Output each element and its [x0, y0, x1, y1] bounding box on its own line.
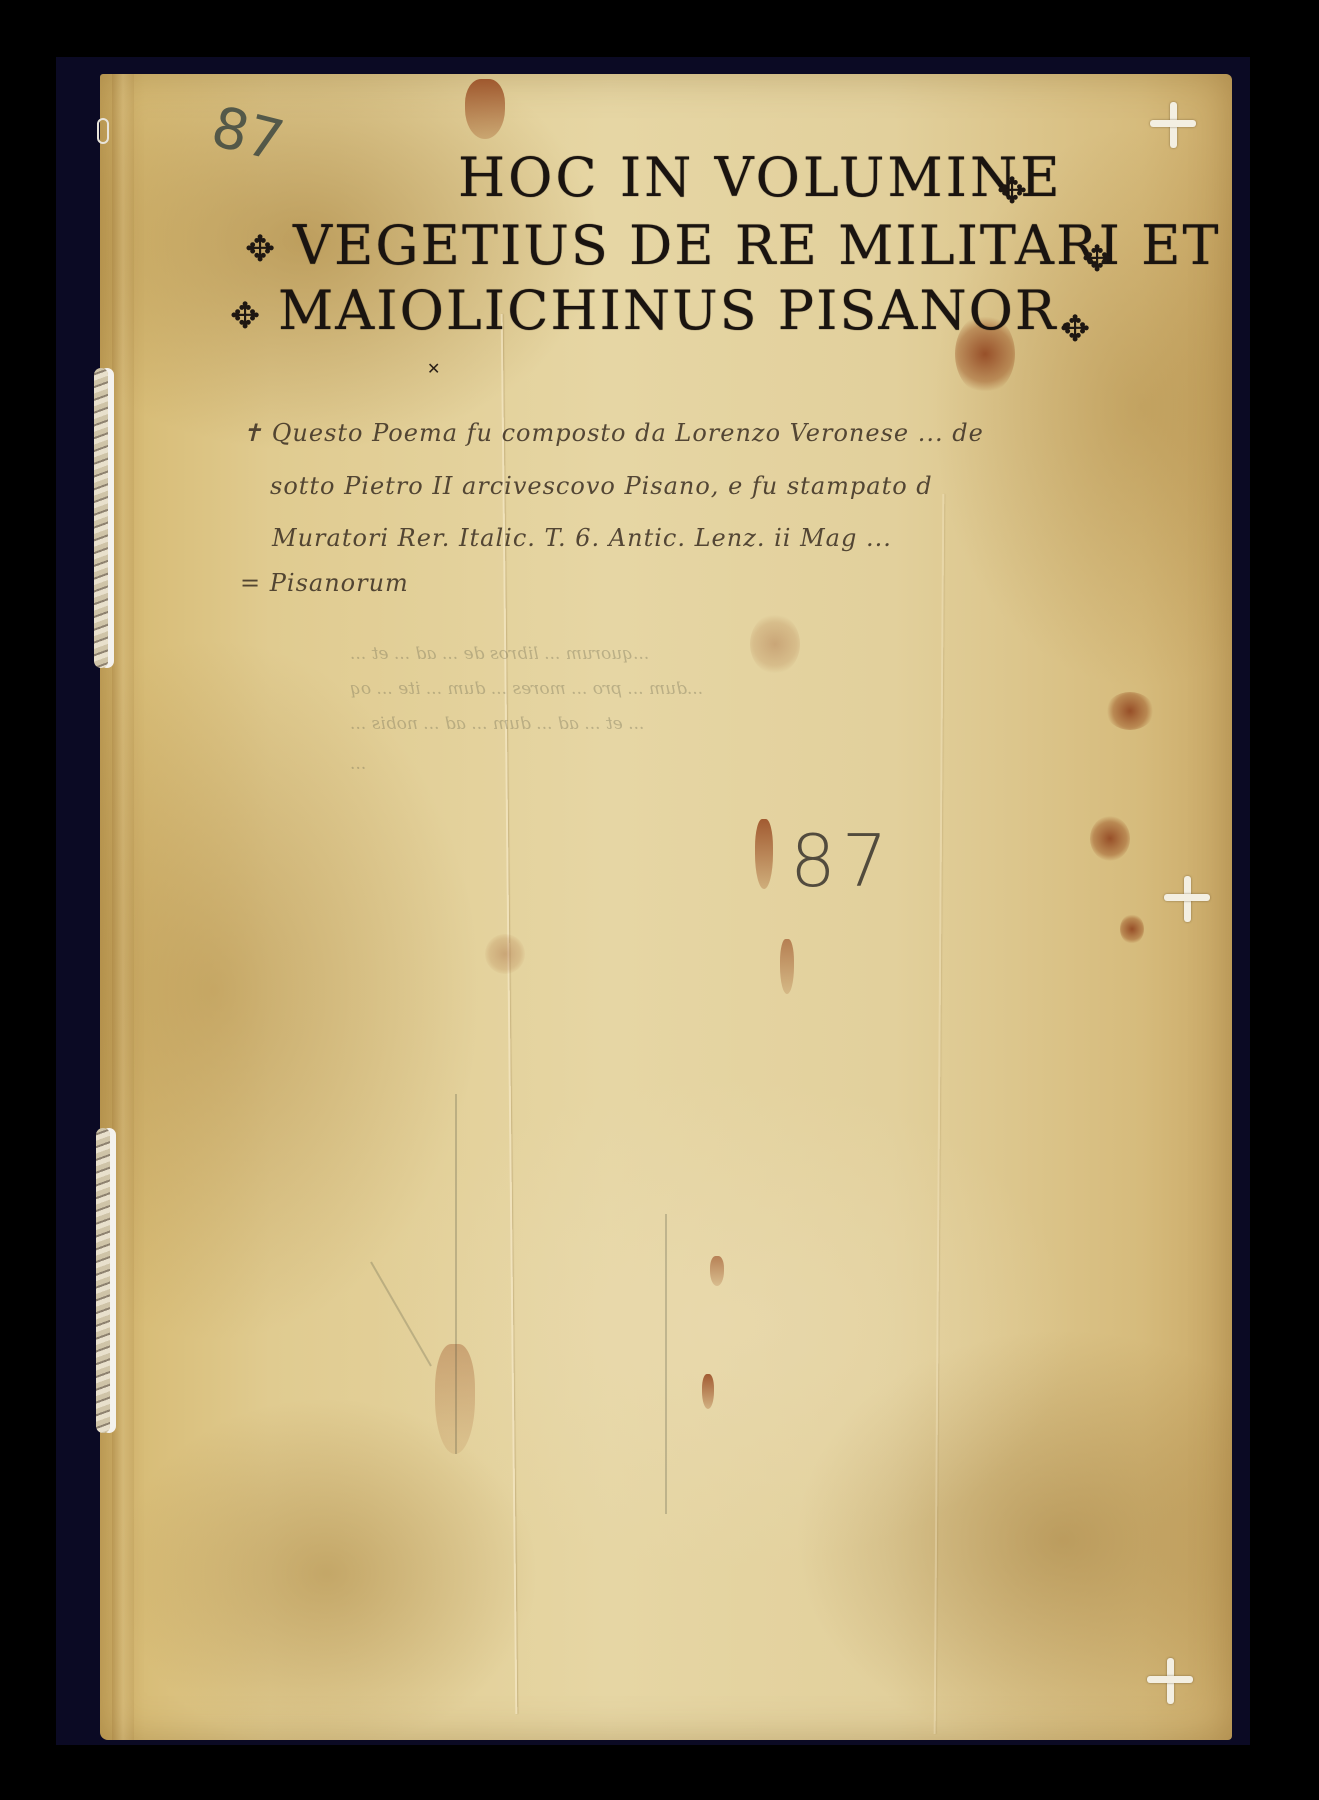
pencil-mark — [455, 1094, 457, 1454]
showthrough-line: ... et ... ad ... dum ... ad ... nobis .… — [350, 714, 644, 734]
shelfmark-top: 87 — [205, 94, 290, 174]
stain — [465, 79, 505, 139]
stain — [1090, 816, 1130, 861]
binding-cord — [96, 1128, 110, 1433]
small-cross-mark: ✕ — [427, 359, 440, 378]
parchment-cover: 87 87 HOC IN VOLUMINE VEGETIUS DE RE MIL… — [100, 74, 1232, 1740]
cross-mark-icon — [1162, 874, 1212, 924]
pencil-mark — [370, 1262, 432, 1367]
stain — [1106, 692, 1154, 730]
spine-fold — [112, 74, 134, 1740]
showthrough-line: ...dum ... pro ... mores ... dum ... ite… — [350, 679, 703, 699]
pencil-mark — [665, 1214, 667, 1514]
note-line-4: = Pisanorum — [240, 569, 409, 597]
stain — [755, 819, 773, 889]
binding-cord — [94, 368, 108, 668]
title-line-1: HOC IN VOLUMINE — [458, 146, 1063, 209]
cross-mark-icon — [1145, 1656, 1195, 1706]
stain — [702, 1374, 714, 1409]
cross-mark-icon — [1148, 100, 1198, 150]
quatrefoil-ornament-icon: ✥ — [1082, 242, 1112, 278]
note-line-1: ✝ Questo Poema fu composto da Lorenzo Ve… — [242, 419, 984, 447]
quatrefoil-ornament-icon: ✥ — [1060, 312, 1090, 348]
stain — [780, 939, 794, 994]
showthrough-line: ...quorum ... libros de ... ad ... et ..… — [350, 644, 649, 664]
note-line-3: Muratori Rer. Italic. T. 6. Antic. Lenz.… — [272, 524, 892, 552]
quatrefoil-ornament-icon: ✥ — [997, 174, 1027, 210]
stain — [1120, 914, 1144, 944]
title-line-3: MAIOLICHINUS PISANOR. — [278, 279, 1077, 342]
note-line-2: sotto Pietro II arcivescovo Pisano, e fu… — [270, 472, 933, 500]
binding-thread — [97, 118, 109, 144]
quatrefoil-ornament-icon: ✥ — [230, 299, 260, 335]
showthrough-line: ... — [350, 754, 366, 774]
stain — [750, 614, 800, 674]
fold-crease — [934, 494, 945, 1734]
stain — [710, 1256, 724, 1286]
stain — [485, 934, 525, 974]
quatrefoil-ornament-icon: ✥ — [245, 232, 275, 268]
shelfmark-center: 87 — [790, 819, 894, 903]
